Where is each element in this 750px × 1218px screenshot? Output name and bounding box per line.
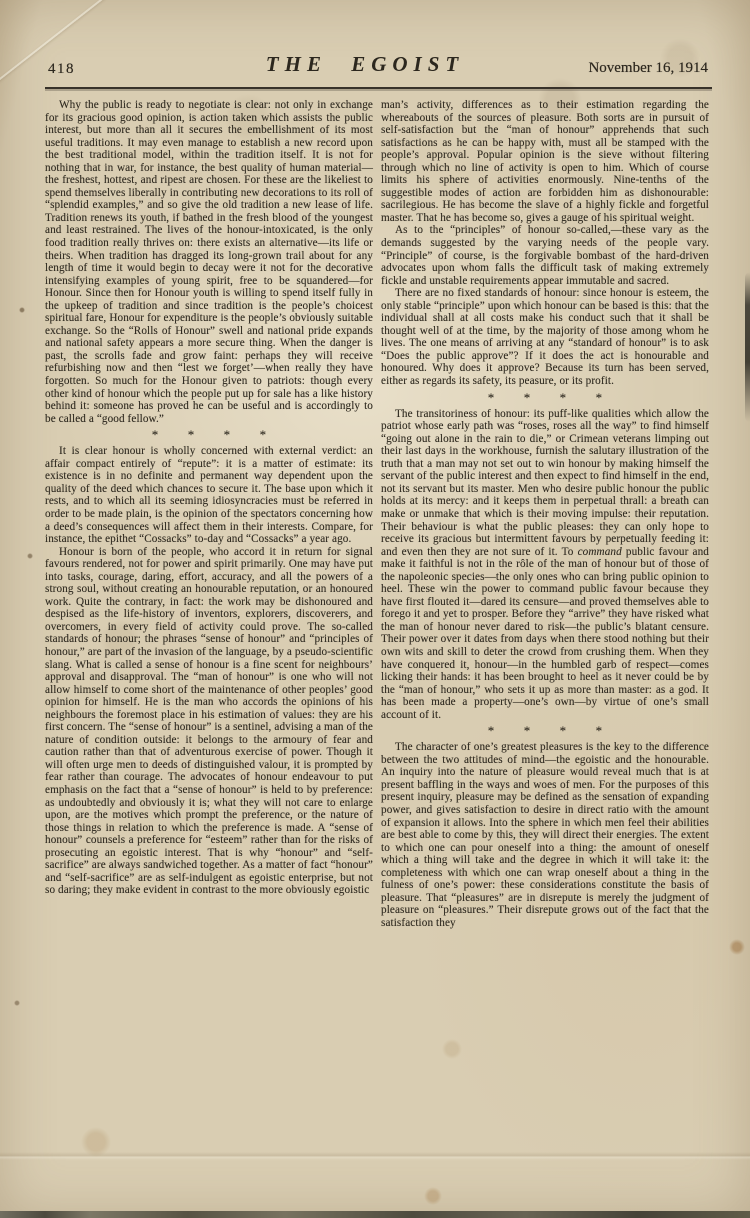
paper-crease-bottom bbox=[0, 1152, 750, 1160]
left-column: Why the public is ready to negotiate is … bbox=[45, 99, 373, 1211]
asterisk-separator: * * * * bbox=[45, 428, 373, 441]
paragraph: There are no fixed standards of honour: … bbox=[381, 287, 709, 387]
issue-date: November 16, 1914 bbox=[588, 60, 708, 77]
paragraph: man’s activity, differences as to their … bbox=[381, 99, 709, 224]
paragraph: Why the public is ready to negotiate is … bbox=[45, 99, 373, 425]
paragraph: Honour is born of the people, who accord… bbox=[45, 546, 373, 897]
paragraph: The character of one’s greatest pleasure… bbox=[381, 741, 709, 929]
paragraph: The transitoriness of honour: its puff-l… bbox=[381, 408, 709, 722]
asterisk-separator: * * * * bbox=[381, 391, 709, 404]
scan-right-edge-shadow bbox=[745, 272, 750, 422]
asterisk-separator: * * * * bbox=[381, 724, 709, 737]
text-columns: Why the public is ready to negotiate is … bbox=[45, 99, 709, 1211]
page: 418 THE EGOIST November 16, 1914 Why the… bbox=[0, 0, 750, 1218]
page-bottom-edge bbox=[0, 1211, 750, 1218]
header-rule bbox=[45, 87, 712, 89]
paragraph: It is clear honour is wholly concerned w… bbox=[45, 445, 373, 545]
paragraph: As to the “principles” of honour so-call… bbox=[381, 224, 709, 287]
right-column: man’s activity, differences as to their … bbox=[381, 99, 709, 1211]
